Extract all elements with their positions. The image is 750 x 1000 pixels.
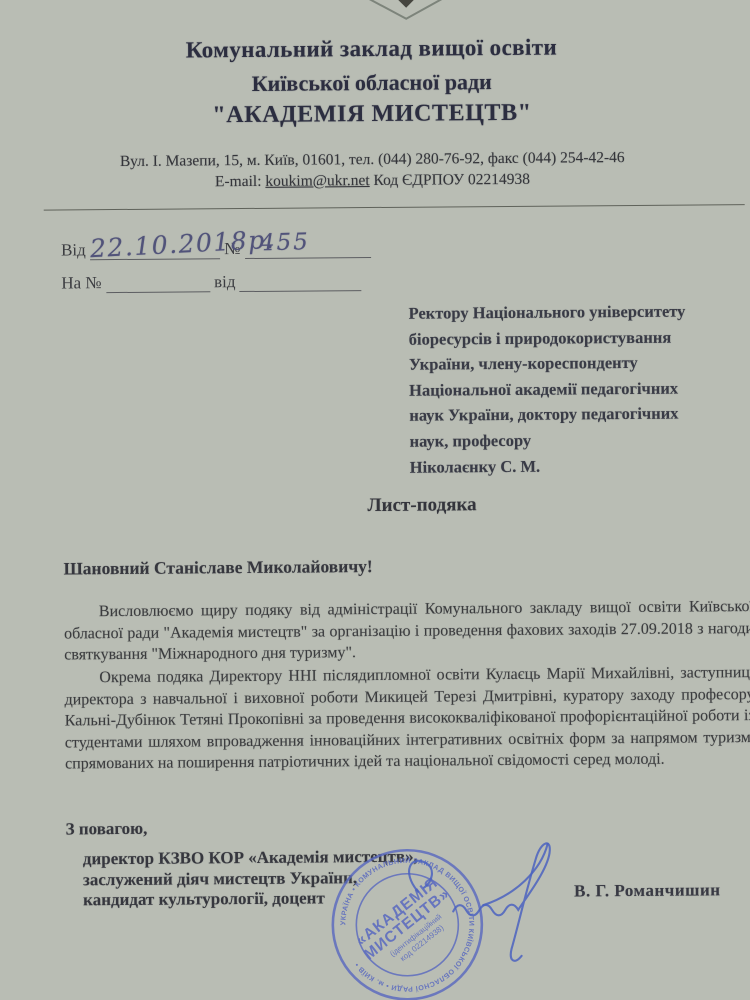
org-contact-line: E-mail: koukim@ukr.net Код ЄДРПОУ 022149…: [0, 169, 748, 193]
email-label: E-mail:: [215, 173, 266, 190]
recipient-line: Ректору Національного університету: [408, 298, 733, 326]
recipient-block: Ректору Національного університету біоре…: [408, 298, 734, 480]
body-paragraph-2: Окрема подяка Директору ННІ післядипломн…: [64, 662, 750, 775]
reply-number-blank-line: [106, 273, 210, 293]
org-name-line1: Комунальний заклад вищої освіти: [0, 33, 747, 65]
closing-regards: З повагою,: [65, 819, 147, 840]
recipient-line: України, члену-кореспонденту: [409, 349, 734, 377]
org-name-line3: "АКАДЕМІЯ МИСТЕЦТВ": [0, 98, 747, 131]
email-address: koukim@ukr.net: [265, 172, 369, 190]
body-paragraph-1: Висловлюємо щиру подяку від адміністраці…: [64, 596, 750, 666]
paper: Комунальний заклад вищої освіти Київсько…: [0, 0, 750, 1000]
reply-from-label: від: [214, 272, 236, 291]
letterhead-divider: [44, 204, 745, 211]
handwritten-number: 455: [260, 229, 311, 256]
letter-photo: Комунальний заклад вищої освіти Київсько…: [0, 0, 750, 1000]
reference-line-reply: На № від: [61, 271, 362, 293]
recipient-line: біоресурсів і природокористування: [409, 324, 734, 352]
recipient-line: Національної академії педагогічних: [409, 375, 734, 403]
recipient-line: наук України, доктору педагогічних: [409, 401, 734, 429]
recipient-line: наук, професору: [409, 426, 734, 454]
from-label: Від: [61, 240, 86, 259]
letterhead-emblem-icon: [356, 0, 456, 22]
recipient-line: Ніколаєнку С. М.: [410, 452, 735, 480]
org-address: Вул. І. Мазепи, 15, м. Київ, 01601, тел.…: [0, 148, 747, 172]
reply-date-blank-line: [240, 272, 362, 292]
org-name-line2: Київської обласної ради: [0, 67, 747, 99]
handwritten-signature: [383, 828, 604, 980]
reply-label: На №: [61, 273, 101, 292]
edrpou-code: Код ЄДРПОУ 02214938: [370, 171, 530, 189]
salutation: Шановний Станіславе Миколайовичу!: [63, 556, 372, 579]
letter-title: Лист-подяка: [47, 492, 750, 520]
